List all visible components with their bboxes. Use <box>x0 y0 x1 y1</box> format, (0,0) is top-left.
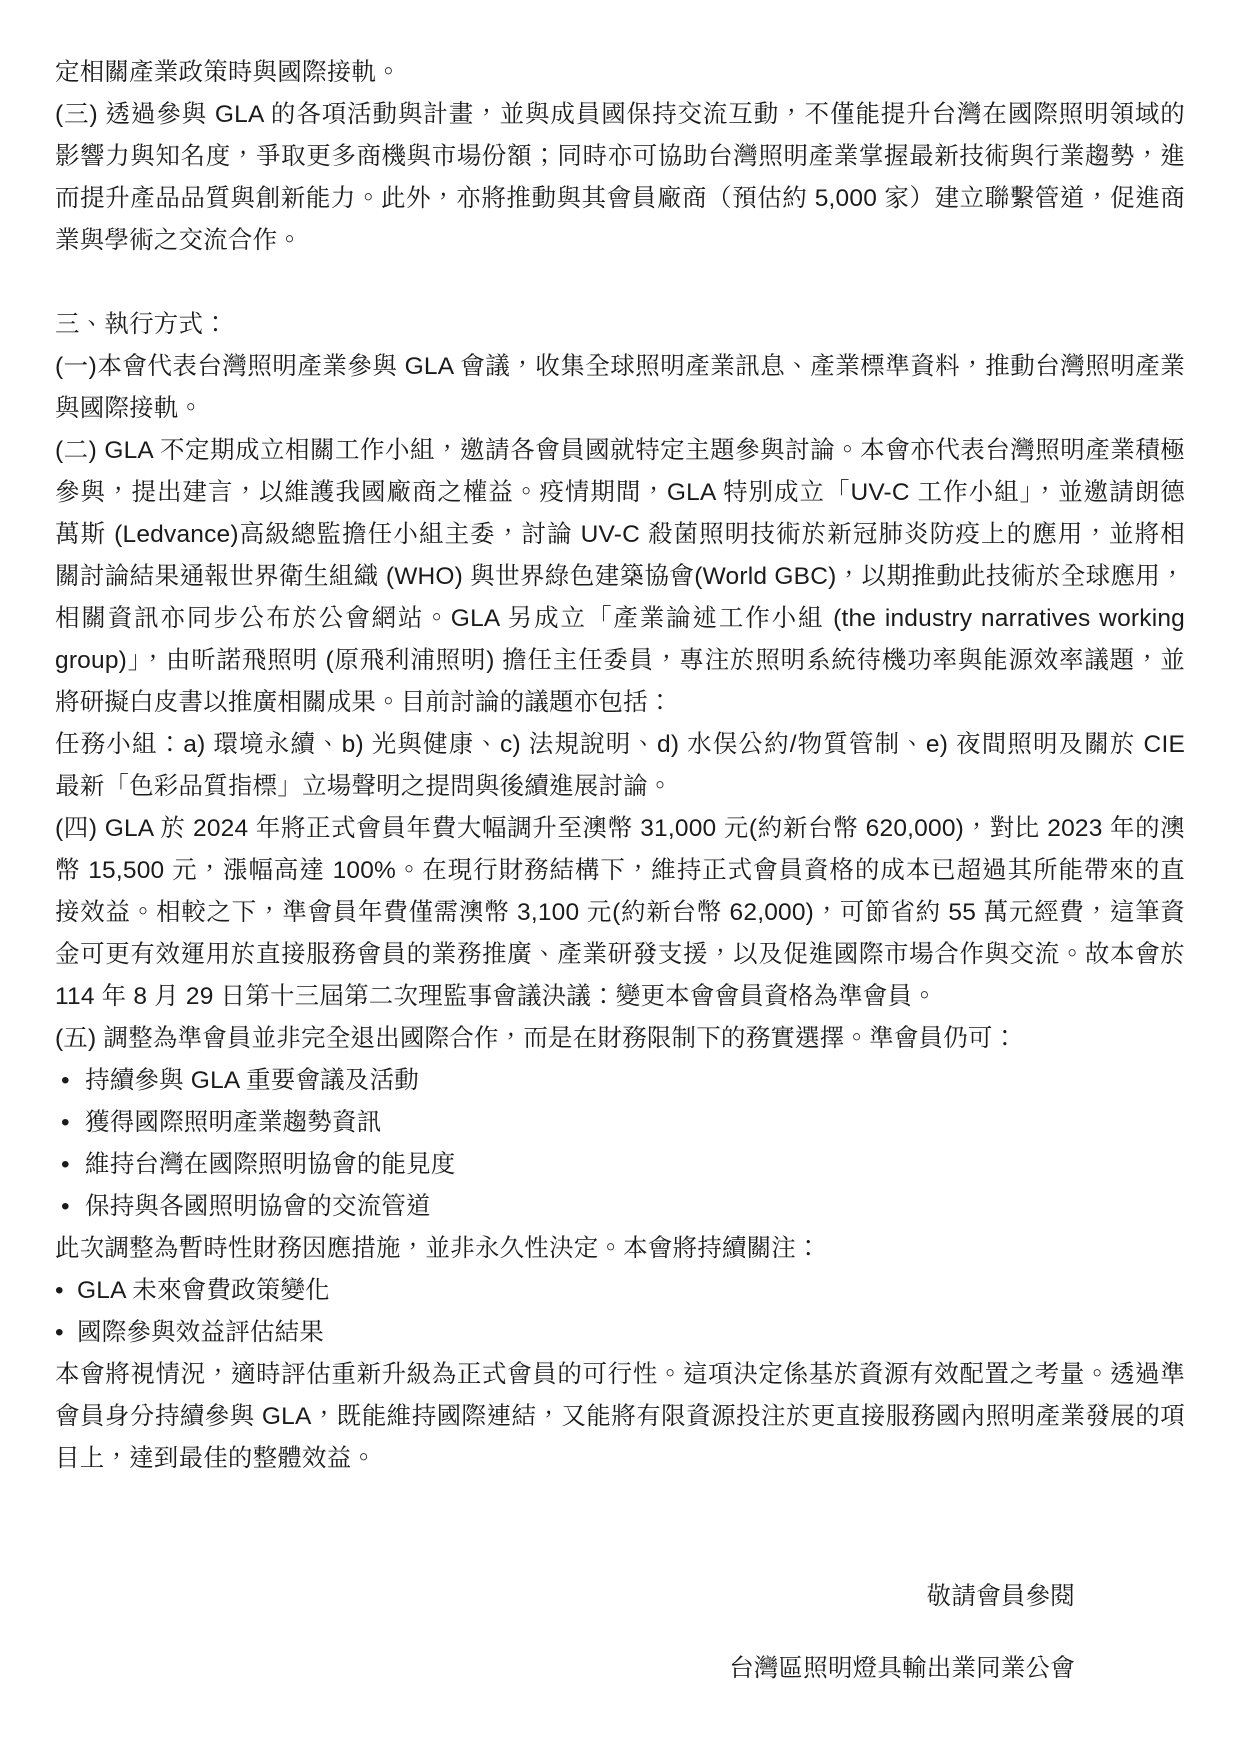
document-page: 定相關產業政策時與國際接軌。 (三) 透過參與 GLA 的各項活動與計畫，並與成… <box>0 0 1241 1755</box>
bullet-marker: • <box>55 1312 77 1354</box>
paragraph-line: 幣 15,500 元，漲幅高達 100%。在現行財務結構下，維持正式會員資格的成… <box>55 850 1185 892</box>
paragraph-line: 影響力與知名度，爭取更多商機與市場份額；同時亦可協助台灣照明產業掌握最新技術與行… <box>55 136 1185 178</box>
paragraph-line: 萬斯 (Ledvance)高級總監擔任小組主委，討論 UV-C 殺菌照明技術於新… <box>55 514 1185 556</box>
list-item-text: GLA 未來會費政策變化 <box>77 1270 330 1312</box>
paragraph-line: (四) GLA 於 2024 年將正式會員年費大幅調升至澳幣 31,000 元(… <box>55 808 1185 850</box>
paragraph-line: 114 年 8 月 29 日第十三屆第二次理監事會議決議：變更本會會員資格為準會… <box>55 976 1185 1018</box>
list-item-text: 獲得國際照明產業趨勢資訊 <box>85 1102 381 1144</box>
list-item-text: 維持台灣在國際照明協會的能見度 <box>85 1144 456 1186</box>
list-item: • GLA 未來會費政策變化 <box>55 1270 1185 1312</box>
list-item: • 國際參與效益評估結果 <box>55 1312 1185 1354</box>
paragraph-line: 關討論結果通報世界衛生組織 (WHO) 與世界綠色建築協會(World GBC)… <box>55 556 1185 598</box>
bullet-marker: • <box>55 1144 85 1186</box>
list-item-text: 國際參與效益評估結果 <box>77 1312 324 1354</box>
list-item: • 持續參與 GLA 重要會議及活動 <box>55 1060 1185 1102</box>
paragraph-line: group)」，由昕諾飛照明 (原飛利浦照明) 擔任主任委員，專注於照明系統待機… <box>55 640 1185 682</box>
section-heading: 三、執行方式： <box>55 304 1185 346</box>
paragraph-line: 將研擬白皮書以推廣相關成果。目前討論的議題亦包括： <box>55 682 1185 724</box>
paragraph-line: 任務小組：a) 環境永續、b) 光與健康、c) 法規說明、d) 水俣公約/物質管… <box>55 724 1185 766</box>
paragraph-line: (五) 調整為準會員並非完全退出國際合作，而是在財務限制下的務實選擇。準會員仍可… <box>55 1018 1185 1060</box>
paragraph-line: 定相關產業政策時與國際接軌。 <box>55 52 1185 94</box>
paragraph-line: 接效益。相較之下，準會員年費僅需澳幣 3,100 元(約新台幣 62,000)，… <box>55 892 1185 934</box>
paragraph-line: 與國際接軌。 <box>55 388 1185 430</box>
paragraph-line: 目上，達到最佳的整體效益。 <box>55 1438 1185 1480</box>
paragraph-line: (二) GLA 不定期成立相關工作小組，邀請各會員國就特定主題參與討論。本會亦代… <box>55 430 1185 472</box>
list-item-text: 保持與各國照明協會的交流管道 <box>85 1186 431 1228</box>
bullet-marker: • <box>55 1270 77 1312</box>
list-item-text: 持續參與 GLA 重要會議及活動 <box>85 1060 419 1102</box>
paragraph-line: 會員身分持續參與 GLA，既能維持國際連結，又能將有限資源投注於更直接服務國內照… <box>55 1396 1185 1438</box>
list-item: • 維持台灣在國際照明協會的能見度 <box>55 1144 1185 1186</box>
paragraph-line: 業與學術之交流合作。 <box>55 220 1185 262</box>
closing-block: 敬請會員參閱 台灣區照明燈具輸出業同業公會 <box>55 1576 1185 1690</box>
paragraph-line: 相關資訊亦同步公布於公會網站。GLA 另成立「產業論述工作小組 (the ind… <box>55 598 1185 640</box>
list-item: • 保持與各國照明協會的交流管道 <box>55 1186 1185 1228</box>
paragraph-line: (三) 透過參與 GLA 的各項活動與計畫，並與成員國保持交流互動，不僅能提升台… <box>55 94 1185 136</box>
bullet-marker: • <box>55 1102 85 1144</box>
bullet-marker: • <box>55 1060 85 1102</box>
paragraph-line: 金可更有效運用於直接服務會員的業務推廣、產業研發支援，以及促進國際市場合作與交流… <box>55 934 1185 976</box>
signature-organization: 台灣區照明燈具輸出業同業公會 <box>55 1648 1075 1690</box>
paragraph-line: 此次調整為暫時性財務因應措施，並非永久性決定。本會將持續關注： <box>55 1228 1185 1270</box>
bullet-marker: • <box>55 1186 85 1228</box>
paragraph-line: (一)本會代表台灣照明產業參與 GLA 會議，收集全球照明產業訊息、產業標準資料… <box>55 346 1185 388</box>
paragraph-line: 參與，提出建言，以維護我國廠商之權益。疫情期間，GLA 特別成立「UV-C 工作… <box>55 472 1185 514</box>
paragraph-line: 本會將視情況，適時評估重新升級為正式會員的可行性。這項決定係基於資源有效配置之考… <box>55 1354 1185 1396</box>
paragraph-line: 最新「色彩品質指標」立場聲明之提問與後續進展討論。 <box>55 766 1185 808</box>
paragraph-line: 而提升產品品質與創新能力。此外，亦將推動與其會員廠商（預估約 5,000 家）建… <box>55 178 1185 220</box>
list-item: • 獲得國際照明產業趨勢資訊 <box>55 1102 1185 1144</box>
closing-salutation: 敬請會員參閱 <box>55 1576 1075 1618</box>
